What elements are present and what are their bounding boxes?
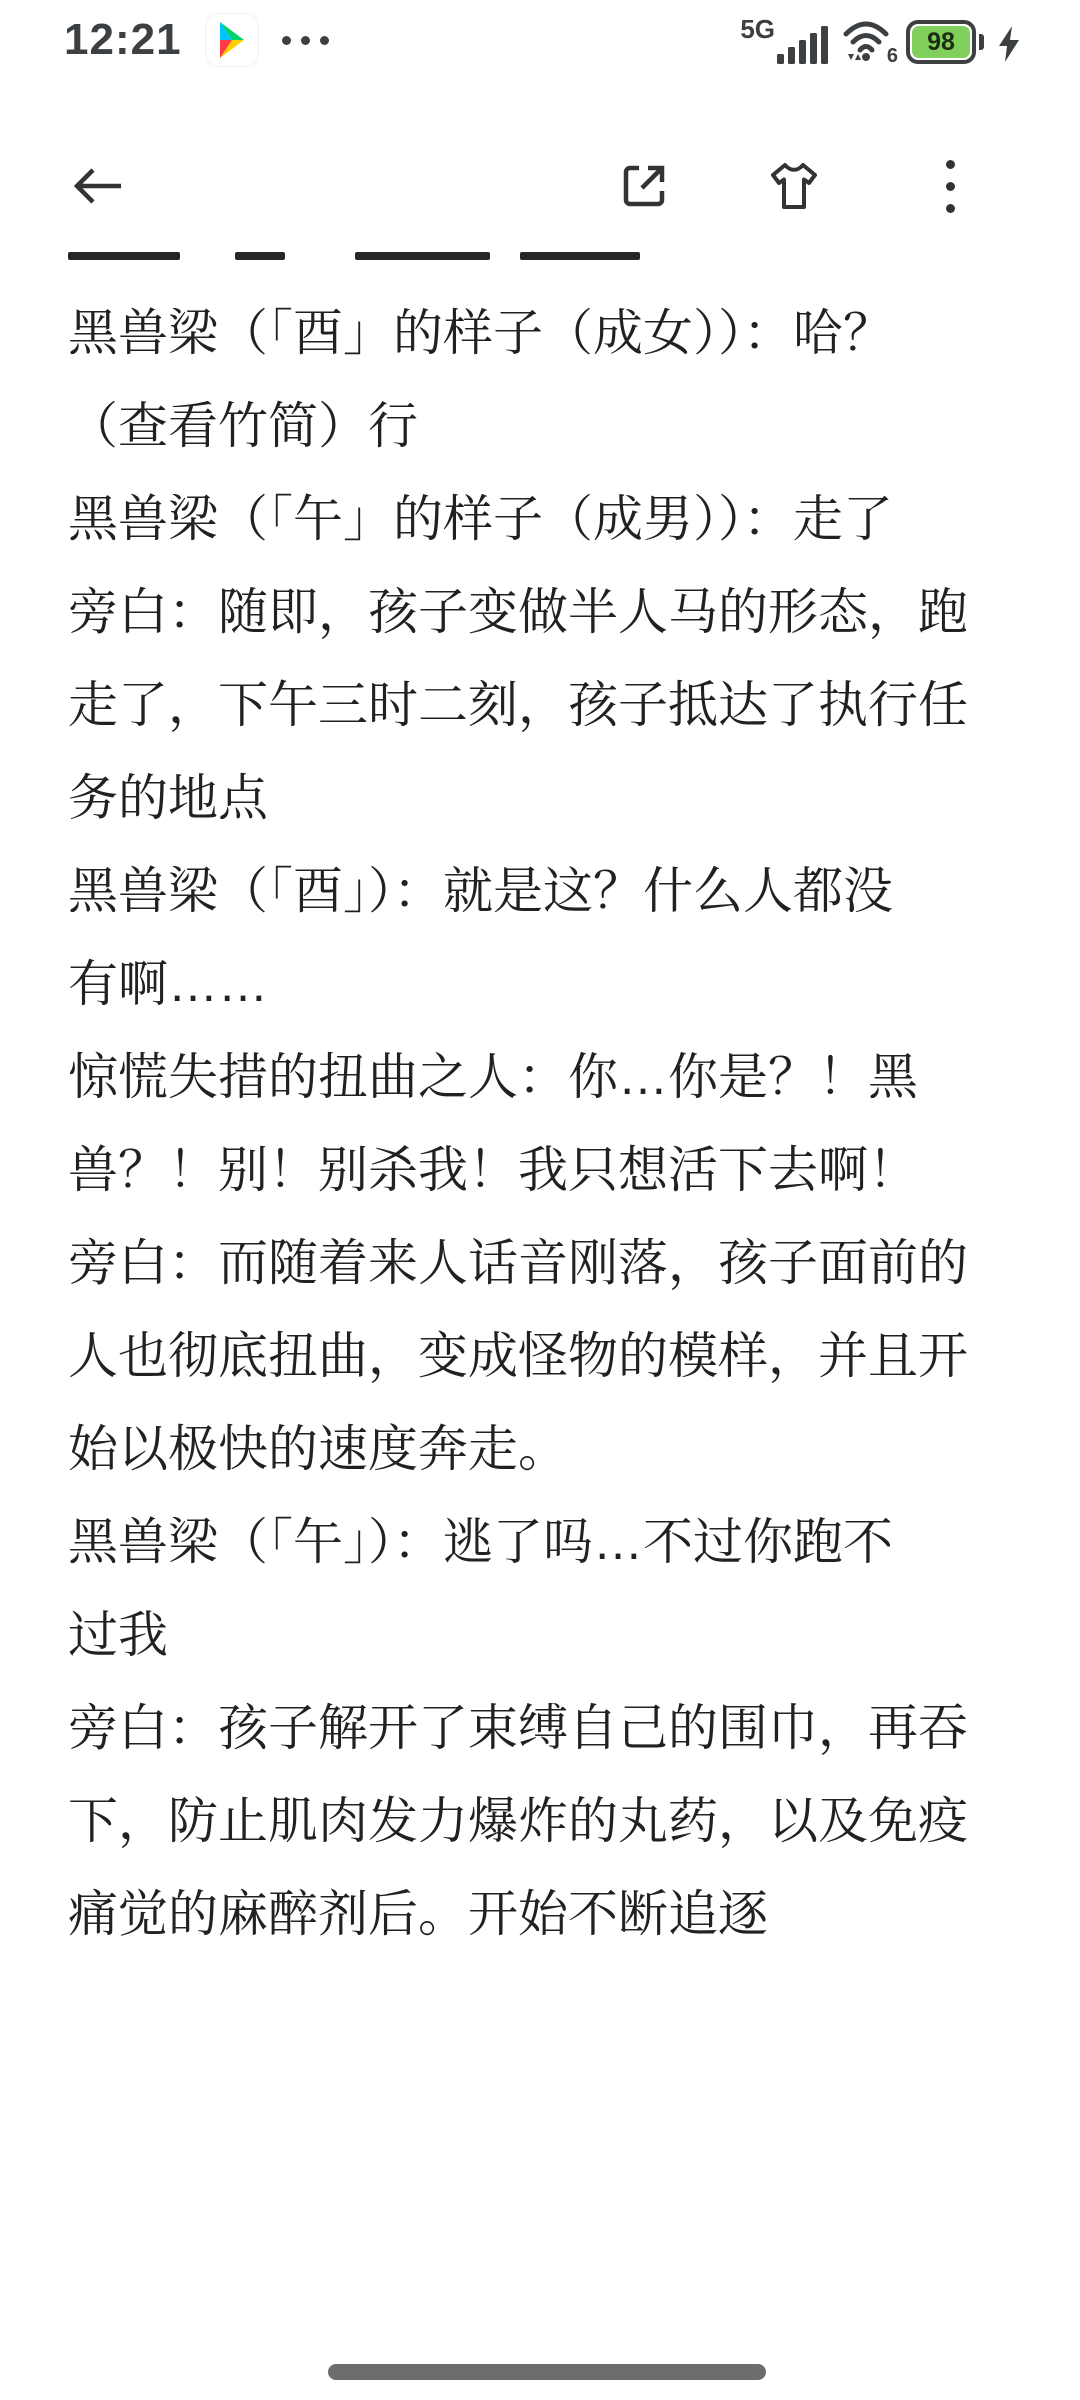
text-line: 旁白：孩子解开了束缚自己的围巾，再吞 <box>68 1682 1024 1775</box>
text-line: 过我 <box>68 1589 1024 1682</box>
text-line: 痛觉的麻醉剂后。开始不断追逐 <box>68 1868 1024 1961</box>
text-line: 始以极快的速度奔走。 <box>68 1403 1024 1496</box>
text-line: 黑兽梁（「午」的样子（成男））：走了 <box>68 473 1024 566</box>
text-line: 走了，下午三时二刻，孩子抵达了执行任 <box>68 659 1024 752</box>
text-line: 兽？！别！别杀我！我只想活下去啊！ <box>68 1124 1024 1217</box>
clipped-text-line <box>68 252 640 266</box>
text-line: 下，防止肌肉发力爆炸的丸药，以及免疫 <box>68 1775 1024 1868</box>
document-scroll-area[interactable]: 黑兽梁（「酉」的样子（成女））：哈？ （查看竹简）行 黑兽梁（「午」的样子（成男… <box>0 0 1080 2400</box>
text-line: 黑兽梁（「酉」）：就是这？什么人都没 <box>68 845 1024 938</box>
text-line: 黑兽梁（「酉」的样子（成女））：哈？ <box>68 287 1024 380</box>
home-indicator-bar[interactable] <box>328 2364 766 2380</box>
text-line: 黑兽梁（「午」）：逃了吗…不过你跑不 <box>68 1496 1024 1589</box>
script-text: 黑兽梁（「酉」的样子（成女））：哈？ （查看竹简）行 黑兽梁（「午」的样子（成男… <box>68 287 1024 1961</box>
text-line: 旁白：而随着来人话音刚落，孩子面前的 <box>68 1217 1024 1310</box>
text-line: 有啊…… <box>68 938 1024 1031</box>
text-line: 务的地点 <box>68 752 1024 845</box>
text-line: 惊慌失措的扭曲之人：你…你是？！黑 <box>68 1031 1024 1124</box>
text-line: 人也彻底扭曲，变成怪物的模样，并且开 <box>68 1310 1024 1403</box>
text-line: （查看竹简）行 <box>68 380 1024 473</box>
text-line: 旁白：随即，孩子变做半人马的形态，跑 <box>68 566 1024 659</box>
